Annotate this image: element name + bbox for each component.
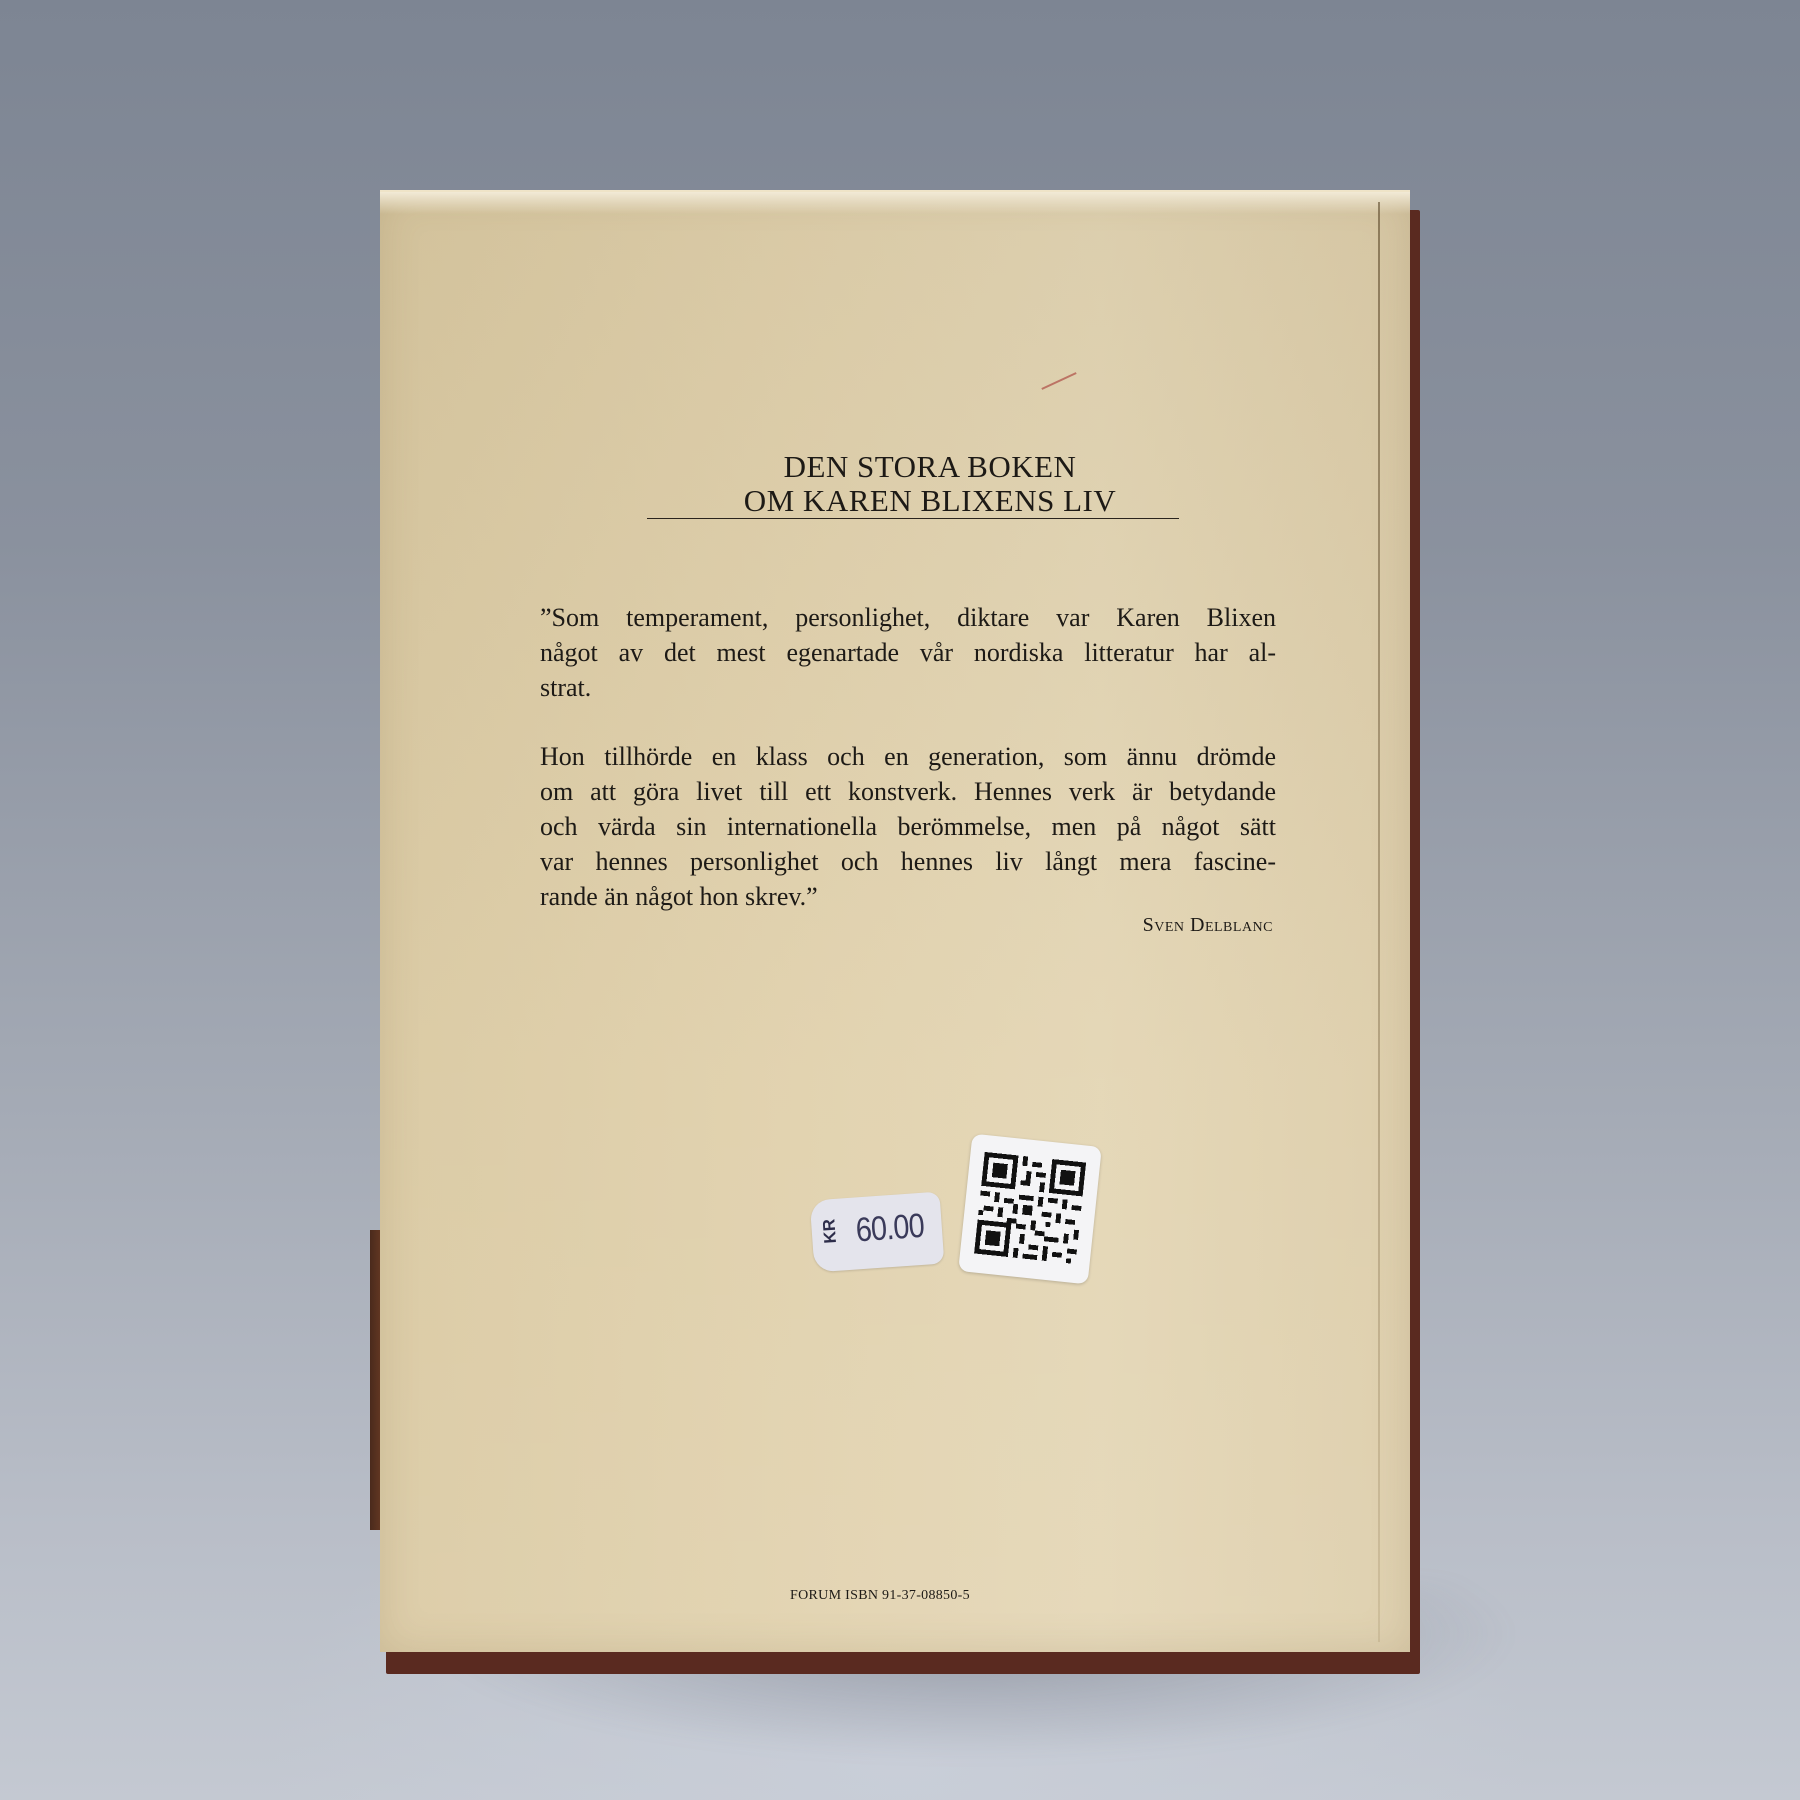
price-sticker: KR 60.00 (810, 1192, 945, 1273)
quote-line: något av det mest egenartade vår nordisk… (540, 635, 1276, 670)
cover-title-line-1: DEN STORA BOKEN (660, 450, 1200, 484)
book: DEN STORA BOKEN OM KAREN BLIXENS LIV ”So… (380, 190, 1410, 1660)
qr-sticker (958, 1134, 1102, 1285)
quote-line: var hennes personlighet och hennes liv l… (540, 844, 1276, 879)
blurb-quote: ”Som temperament, personlighet, diktare … (540, 600, 1276, 948)
price-currency: KR (819, 1218, 841, 1244)
jacket-worn-top-edge (380, 192, 1410, 214)
quote-line: strat. (540, 670, 1276, 705)
qr-code-icon (974, 1149, 1087, 1267)
quote-line: och värda sin internationella berömmelse… (540, 809, 1276, 844)
publisher-isbn: FORUM ISBN 91-37-08850-5 (380, 1588, 1380, 1604)
dust-jacket-back-cover: DEN STORA BOKEN OM KAREN BLIXENS LIV ”So… (380, 190, 1410, 1652)
cover-title-line-2: OM KAREN BLIXENS LIV (660, 484, 1200, 518)
quote-attribution: Sven Delblanc (540, 914, 1273, 937)
quote-line: Hon tillhörde en klass och en generation… (540, 739, 1276, 774)
quote-line: rande än något hon skrev.” (540, 879, 1276, 914)
price-value: 60.00 (855, 1207, 926, 1251)
red-ink-mark (1041, 372, 1076, 390)
spine-fold (1378, 202, 1380, 1642)
cover-title: DEN STORA BOKEN OM KAREN BLIXENS LIV (660, 450, 1200, 518)
quote-line: om att göra livet till ett konstverk. He… (540, 774, 1276, 809)
quote-line: ”Som temperament, personlighet, diktare … (540, 600, 1276, 635)
title-underline (647, 518, 1179, 519)
quote-paragraph-1: ”Som temperament, personlighet, diktare … (540, 600, 1276, 705)
quote-paragraph-2: Hon tillhörde en klass och en generation… (540, 739, 1276, 914)
